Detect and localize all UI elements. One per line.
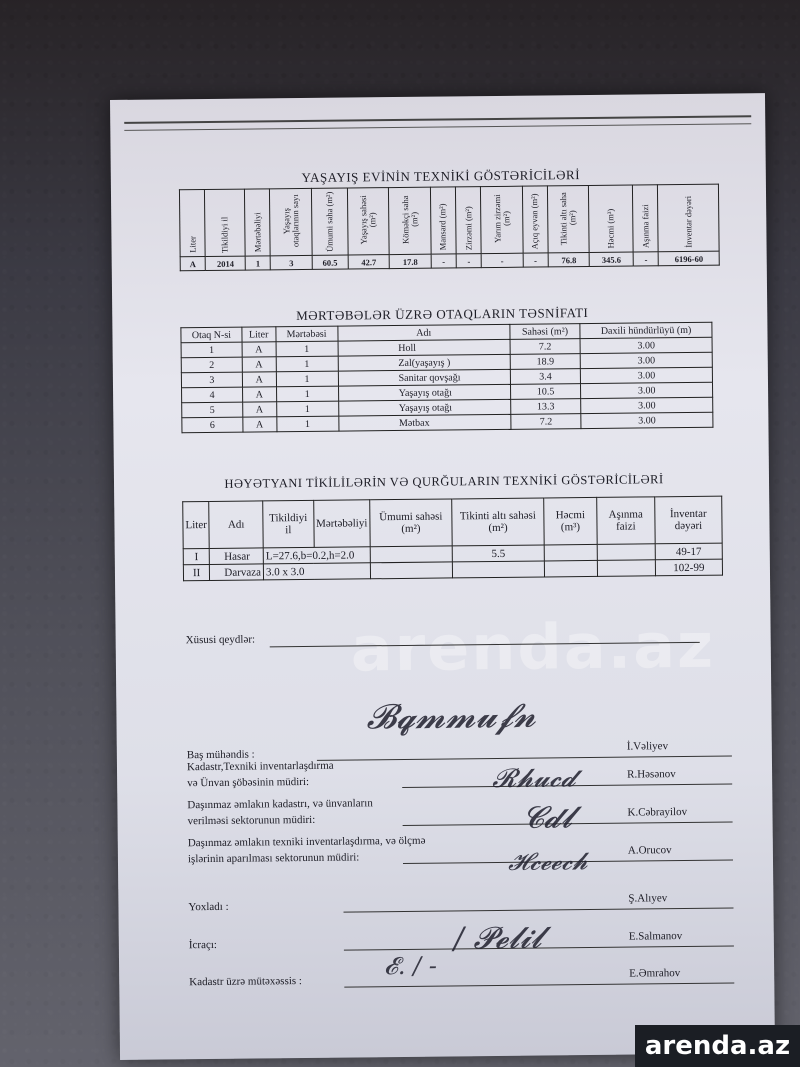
table-cell (370, 562, 452, 579)
table-cell: - (456, 254, 481, 268)
column-header-label: Liter (188, 237, 197, 254)
column-header: Otaq N-si (181, 327, 242, 343)
column-header: Sahəsi (m²) (510, 324, 581, 340)
column-header: Mərtəbəliyi (245, 189, 271, 256)
signature-label: Daşınmaz əmlakın kadastrı, və ünvanların… (187, 795, 373, 829)
notes-label: Xüsusi qeydlər: (186, 634, 255, 647)
table-cell: 3.4 (510, 369, 581, 385)
table-cell: 5 (182, 402, 243, 418)
signature-row: Kadastr üzrə mütəxəssis :E.Əmrahov (189, 969, 729, 975)
column-header: Yarım zirzəmi (m²) (481, 186, 523, 253)
table-cell: 1 (276, 386, 338, 402)
signature-scribble: 𝓑𝓺𝓶𝓶𝓾𝓯𝓷 (366, 696, 536, 738)
table-cell: II (183, 564, 210, 580)
table-cell: A (243, 402, 277, 417)
table-cell: 1 (276, 371, 338, 387)
signature-scribble: / 𝓟𝓮𝓵𝓲𝓵 (454, 921, 543, 957)
table-cell: 2 (181, 357, 242, 373)
column-header-label: Yarım zirzəmi (m²) (493, 188, 511, 250)
column-header: Yaşayış sahəsi (m²) (347, 188, 389, 255)
signature-line (344, 908, 734, 913)
table-cell (597, 560, 655, 577)
column-header: Yaşayış otaqlarının sayı (270, 188, 312, 255)
column-header-label: Zirzəmi (m²) (464, 206, 473, 250)
table-cell (544, 560, 597, 577)
column-header: Aşınma faizi (633, 185, 659, 252)
house-tech-table: LiterTikildiyi ilMərtəbəliyiYaşayış otaq… (179, 184, 720, 272)
column-header: Daxili hündürlüyü (m) (580, 322, 712, 338)
column-header: Açıq eyvan (m²) (522, 186, 548, 253)
table-cell (452, 561, 544, 578)
table-cell: - (523, 253, 548, 267)
yard-structures-table: LiterAdıTikildiyi ilMərtəbəliyiÜmumi sah… (182, 496, 723, 582)
signature-label: Yoxladı : (188, 899, 228, 915)
table-cell (370, 546, 452, 563)
document-page: YAŞAYIŞ EVİNİN TEXNİKİ GÖSTƏRİCİLƏRİ Lit… (110, 93, 775, 1060)
signer-name: A.Orucov (628, 844, 672, 856)
table-cell: 102-99 (655, 559, 722, 576)
table-cell: 3.0 x 3.0 (263, 563, 370, 580)
signature-line (317, 756, 732, 761)
column-header-label: Həcmi (m³) (606, 209, 615, 249)
table3-title: HƏYƏTYANI TİKİLİLƏRİN VƏ QURĞULARIN TEXN… (184, 472, 704, 492)
column-header: Mansard (m²) (430, 187, 456, 254)
signer-name: İ.Vəliyev (627, 740, 668, 752)
table-cell: 1 (276, 416, 338, 432)
column-header-label: Yaşayış otaqlarının sayı (282, 190, 300, 252)
brand-logo: arenda.az (635, 1025, 800, 1067)
table-cell: 3.00 (581, 397, 713, 413)
signer-name: R.Həsənov (627, 768, 676, 781)
column-header: Liter (179, 190, 205, 257)
table-cell: A (242, 387, 276, 402)
table-cell: 3.00 (580, 337, 712, 353)
signature-scribble: 𝓒𝓭𝓵 (522, 800, 572, 836)
column-header-label: Tikildiyi il (220, 216, 229, 252)
column-header: Aşınma faizi (597, 497, 655, 545)
table-cell: 17.8 (389, 254, 431, 268)
signature-label: İcraçı: (189, 937, 217, 953)
signature-label: Kadastr,Texniki inventarlaşdırmavə Ünvan… (187, 758, 334, 792)
column-header-label: Köməkçi saha (m²) (401, 189, 419, 251)
column-header: Tikinti altı sahəsi (m²) (452, 498, 545, 546)
signature-row: Kadastr,Texniki inventarlaşdırmavə Ünvan… (187, 770, 727, 776)
signature-label: Daşınmaz əmlakın texniki inventarlaşdırm… (188, 833, 426, 867)
table-cell: 3.00 (580, 352, 712, 368)
column-header: İnventar dəyəri (655, 496, 723, 544)
signature-scribble: 𝓗𝓬𝓮𝓮𝓬𝓱 (508, 847, 588, 876)
table-cell: A (242, 357, 276, 372)
signature-row: Daşınmaz əmlakın kadastrı, və ünvanların… (187, 808, 727, 814)
signature-row: Daşınmaz əmlakın texniki inventarlaşdırm… (188, 846, 728, 852)
column-header: Adı (209, 501, 263, 549)
table-cell: 5.5 (452, 545, 544, 562)
rooms-table: Otaq N-siLiterMərtəbəsiAdıSahəsi (m²)Dax… (180, 322, 713, 434)
column-header-label: Mansard (m²) (439, 204, 448, 251)
column-header-label: Açıq eyvan (m²) (530, 194, 540, 250)
column-header-label: Ümumi saha (m²) (325, 192, 335, 252)
column-header: Mərtəbəsi (275, 326, 337, 342)
table-cell: 7.2 (511, 414, 582, 430)
table-cell: 6196-60 (659, 251, 720, 266)
table-cell: Darvaza (210, 564, 264, 581)
page-frame-line (124, 115, 751, 131)
table-cell: 2014 (205, 256, 245, 270)
table-cell: I (183, 548, 210, 564)
column-header: Tikildiyi il (205, 189, 246, 256)
watermark: arenda.az (350, 609, 715, 686)
table-cell: L=27.6,b=0.2,h=2.0 (263, 547, 370, 564)
signer-name: Ş.Alıyev (628, 892, 667, 904)
signature-row: Yoxladı :Ş.Alıyev (188, 894, 728, 900)
signer-name: E.Əmrahov (629, 967, 680, 980)
column-header: Həcmi (m³) (544, 497, 597, 545)
column-header: Liter (183, 501, 210, 548)
table-cell (544, 544, 597, 561)
table-cell: Mətbax (338, 414, 510, 431)
table-cell: 10.5 (510, 384, 581, 400)
signature-label: Kadastr üzrə mütəxəssis : (189, 973, 302, 990)
column-header: Liter (242, 327, 276, 342)
table-cell: 345.6 (590, 252, 634, 266)
table-cell: A (180, 257, 205, 271)
table-cell: 7.2 (510, 339, 581, 355)
signature-scribble: 𝓡𝓱𝓾𝓬𝓭 (492, 763, 576, 795)
column-header-label: Aşınma faizi (641, 205, 650, 249)
table-cell: A (242, 372, 276, 387)
table-cell: 49-17 (655, 543, 722, 560)
column-header-label: Tikinti altı saha (m²) (559, 187, 577, 249)
table-cell: 3.00 (581, 382, 713, 398)
column-header: Tikildiyi il (263, 500, 314, 548)
column-header: Mərtəbəliyi (313, 500, 370, 548)
signature-scribble: 𝓔. / - (384, 952, 437, 981)
table-cell: - (481, 253, 523, 267)
column-header: Ümumi sahəsi (m²) (370, 499, 453, 547)
column-header-label: Yaşayış sahəsi (m²) (359, 189, 377, 251)
column-header-label: Mərtəbəliyi (253, 213, 262, 253)
table-cell: 18.9 (510, 354, 581, 370)
table-cell: 1 (276, 401, 338, 417)
table-cell: 1 (276, 356, 338, 372)
table-cell: 4 (182, 387, 243, 403)
table-cell: 1 (181, 342, 242, 358)
signature-row: Baş mühəndis :İ.Vəliyev (187, 742, 727, 748)
column-header: Ümumi saha (m²) (311, 188, 348, 255)
table-cell: 3 (181, 372, 242, 388)
table-cell: 76.8 (548, 252, 590, 266)
table-cell: 13.3 (511, 399, 582, 415)
table-cell (597, 544, 655, 561)
column-header: Tikinti altı saha (m²) (547, 185, 589, 252)
column-header-label: İnventar dəyəri (684, 196, 693, 248)
table-cell: 3.00 (581, 367, 713, 383)
table-cell: 1 (276, 341, 338, 357)
table-cell: 6 (182, 417, 243, 433)
table-cell: 60.5 (312, 255, 348, 269)
table-cell: 3.00 (581, 412, 713, 428)
signer-name: E.Salmanov (629, 930, 683, 943)
table-cell: - (431, 254, 456, 268)
column-header: İnventar dəyəri (658, 184, 719, 252)
signature-line (344, 983, 734, 988)
column-header: Həcmi (m³) (589, 185, 633, 252)
table-cell: Hasar (210, 548, 264, 565)
table-cell: 42.7 (348, 255, 390, 269)
column-header: Köməkçi saha (m²) (389, 187, 431, 254)
table-cell: 3 (271, 255, 313, 269)
table-cell: A (243, 417, 277, 432)
table-cell: 1 (245, 256, 270, 270)
table-cell: - (633, 252, 658, 266)
signer-name: K.Cəbrayilov (627, 806, 687, 819)
table-cell: A (242, 342, 276, 357)
column-header: Zirzəmi (m²) (455, 187, 481, 254)
